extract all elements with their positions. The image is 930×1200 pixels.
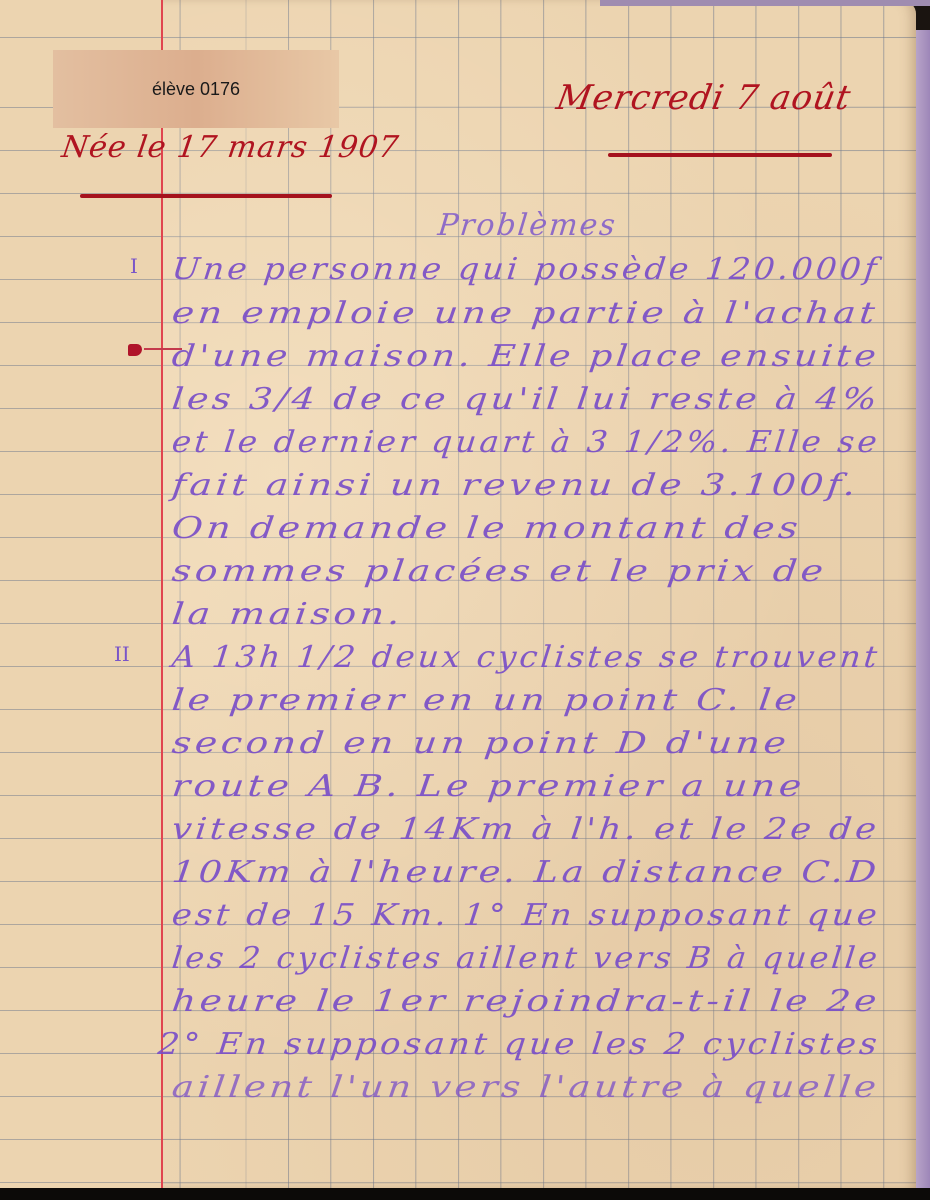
problem-line: et le dernier quart à 3 1/2%. Elle se	[170, 425, 882, 460]
problem-line: la maison.	[170, 597, 405, 632]
page-heading: Problèmes	[436, 208, 618, 243]
date-title: Mercredi 7 août	[553, 78, 854, 118]
redaction-label: élève 0176	[53, 50, 339, 128]
birth-underline	[80, 194, 332, 198]
notebook-cover-top	[600, 0, 930, 6]
problem-line: en emploie une partie à l'achat	[170, 296, 880, 331]
problem-line: 2° En supposant que les 2 cyclistes	[156, 1027, 882, 1062]
problem-line: fait ainsi un revenu de 3.100f.	[170, 468, 861, 503]
problem-line: route A B. Le premier a une	[170, 769, 807, 804]
margin-line	[161, 0, 163, 1188]
problem-line: les 2 cyclistes aillent vers B à quelle	[170, 941, 882, 976]
problem-line: A 13h 1/2 deux cyclistes se trouvent	[170, 640, 882, 675]
problem-line: aillent l'un vers l'autre à quelle	[170, 1070, 881, 1105]
problem-number: I	[130, 254, 138, 278]
problem-number: II	[114, 642, 130, 666]
birth-line: Née le 17 mars 1907	[60, 130, 402, 165]
problem-line: le premier en un point C. le	[170, 683, 802, 718]
problem-line: sommes placées et le prix de	[170, 554, 828, 589]
problem-line: On demande le montant des	[170, 511, 803, 546]
date-underline	[608, 153, 832, 157]
problem-line: est de 15 Km. 1° En supposant que	[170, 898, 882, 933]
left-margin-area	[0, 0, 162, 1188]
problem-line: Une personne qui possède 120.000f	[170, 252, 881, 287]
problem-line: 10Km à l'heure. La distance C.D	[170, 855, 881, 890]
problem-line: heure le 1er rejoindra-t-il le 2e	[170, 984, 882, 1019]
problem-line: second en un point D d'une	[170, 726, 791, 761]
problem-line: vitesse de 14Km à l'h. et le 2e de	[170, 812, 881, 847]
page-bottom-shadow	[0, 1188, 930, 1200]
student-id: élève 0176	[152, 79, 240, 100]
notebook-cover-edge	[916, 30, 930, 1200]
problem-line: les 3/4 de ce qu'il lui reste à 4%	[170, 382, 882, 417]
problem-line: d'une maison. Elle place ensuite	[170, 339, 881, 374]
